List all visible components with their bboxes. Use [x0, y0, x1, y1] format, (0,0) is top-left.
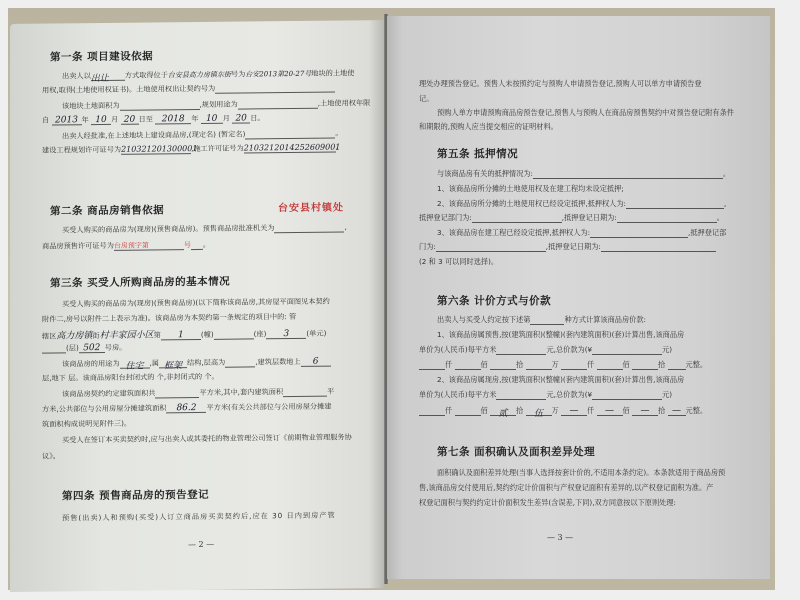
- handwritten-start-month: 10: [91, 115, 111, 125]
- handwritten-unit: 3: [266, 329, 306, 339]
- article1-line1: 出卖人以出让方式取得位于台安县高力房镇东街号为台安2013第20-27号地块的土…: [62, 68, 354, 81]
- article6-line5: 2、该商品房属现房,按(建筑面积)(整幢)(套内建筑面积)(套)计算出售,该商品…: [437, 375, 684, 385]
- article2-line2: 商品房预售许可证号为台房预字第号。: [42, 240, 210, 252]
- continuation-line3: 预购人单方申请预购商品房预告登记,预售人与预购人在商品房预售契约中对预告登记附有…: [437, 108, 734, 118]
- page-number-right: — 3 —: [547, 533, 573, 542]
- article1-line2: 用权,取得(土地使用权证书)。土地使用权出让契约号为: [42, 83, 335, 96]
- article7-line3: 权登记面积与契约约定计价面积发生差异(含误差,下同),双方同意按以下原则处理:: [419, 498, 676, 508]
- article5-line1: 与该商品房有关的抵押情况为:。: [437, 169, 730, 179]
- article3-line10: 买受人在签订本买卖契约时,应与出卖人或其委托的物业管理公司签订《前期物业管理服务…: [62, 432, 352, 445]
- article3-line2: 附件二,房号以附件二上表示为准)。该商品房为本契约第一条规定的项目中的: 管: [42, 312, 296, 325]
- article3-line6: 层,地下 层。该商品房阳台封闭式的 个,非封闭式的 个。: [42, 372, 219, 384]
- article3-title: 第三条 买受人所购商品房的基本情况: [50, 274, 230, 291]
- article2-line1: 买受人购买的商品房为(现房)(预售商品房)。预售商品房批准机关为,: [62, 222, 347, 235]
- continuation-line1: 理处办理预告登记。预售人未按照约定与预购人申请预告登记,预购人可以单方申请预告登: [419, 79, 702, 89]
- article5-line3: 2、该商品房所分摊的土地使用权已经设定抵押,抵押权人为:,: [437, 199, 726, 209]
- article3-line3: 辖区高力房镇街村丰家园小区第1(幢)(座)3(单元): [42, 326, 326, 342]
- article2-title: 第二条 商品房销售依据: [50, 202, 164, 218]
- article3-line4: (层)502号房。: [42, 343, 126, 354]
- article6-line7-price-words: 仟 佰 贰拾 伍万 —仟 —佰 —拾 —元整。: [419, 406, 707, 416]
- handwritten-construction-permit: 2103212014252609001: [244, 143, 336, 154]
- article5-line2: 1、该商品房所分摊的土地使用权及在建工程均未设定抵押;: [437, 184, 624, 194]
- article6-line2: 1、该商品房属预售,按(建筑面积)(整幢)(套内建筑面积)(套)计算出售,该商品…: [437, 330, 684, 340]
- handwritten-plot: 台安2013第20-27号: [245, 70, 311, 79]
- handwritten-method: 出让: [91, 71, 125, 81]
- article1-line6: 建设工程规划许可证号为210321201300001,施工许可证号为210321…: [42, 142, 343, 155]
- article1-title: 第一条 项目建设依据: [50, 48, 153, 64]
- article5-line5: 3、该商品房在建工程已经设定抵押,抵押权人为:,抵押登记部: [437, 228, 726, 238]
- left-page: 第一条 项目建设依据 出卖人以出让方式取得位于台安县高力房镇东街号为台安2013…: [10, 20, 384, 592]
- article7-title: 第七条 面积确认及面积差异处理: [437, 444, 595, 459]
- red-stamp: 台安县村镇处: [278, 198, 344, 214]
- continuation-line2: 记。: [419, 94, 433, 104]
- article5-title: 第五条 抵押情况: [437, 146, 518, 161]
- handwritten-structure: 框架: [159, 358, 187, 368]
- article3-line1: 买受人购买的商品房为(现房)(预售商品房)(以下简称该商品房,其房屋平面图见本契…: [62, 297, 330, 310]
- continuation-line4: 和期限的,预购人应当提交相应的证明材料。: [419, 122, 558, 132]
- article6-line4-price-words: 仟 佰 拾 万 仟 佰 拾 元整。: [419, 360, 707, 370]
- handwritten-location: 台安县高力房镇东街: [168, 71, 231, 80]
- page-number-left: — 2 —: [188, 540, 214, 549]
- article7-line1: 面积确认及面积差异处理(当事人选择按套计价的,不适用本条约定)。本条款适用于商品…: [437, 468, 725, 478]
- article6-line3: 单价为(人民币)每平方米元,总价款为(¥元): [419, 345, 672, 355]
- article1-line3: 该地块土地面积为,规划用途为,土地使用权年限: [62, 98, 370, 111]
- article3-line8: 方米,公共部位与公用房屋分摊建筑面积86.2平方米(有关公共部位与公用房屋分摊建: [42, 402, 331, 415]
- handwritten-shared-area: 86.2: [166, 403, 206, 413]
- handwritten-wan: 伍: [526, 406, 552, 416]
- handwritten-end-month: 10: [201, 114, 223, 124]
- handwritten-end-year: 2018: [155, 114, 191, 124]
- article5-line4: 抵押登记部门为:,抵押登记日期为:。: [419, 213, 724, 223]
- article6-title: 第六条 计价方式与价款: [437, 293, 551, 308]
- article5-line6: 门为:,抵押登记日期为:: [419, 242, 716, 252]
- handwritten-shi: 贰: [490, 406, 516, 416]
- article4-title: 第四条 预售商品房的预告登记: [62, 487, 209, 504]
- handwritten-street: 村丰家园小区: [100, 330, 154, 341]
- article5-line7: (2 和 3 可以同时选择)。: [419, 257, 498, 267]
- article3-line7: 该商品房契约约定建筑面积共平方米,其中,套内建筑面积平: [62, 387, 334, 400]
- article6-line1: 出卖人与买受人约定按下述第种方式计算该商品房价款:: [437, 315, 646, 325]
- article3-line5: 该商品房的用途为住宅,属框架结构,层高为,建筑层数地上6: [62, 357, 331, 370]
- right-page: 理处办理预告登记。预售人未按照约定与预购人申请预告登记,预购人可以单方申请预告登…: [387, 16, 770, 579]
- article3-line11: 议》。: [42, 451, 60, 461]
- handwritten-floors: 6: [301, 357, 331, 367]
- handwritten-planning-permit: 210321201300001: [121, 144, 191, 155]
- handwritten-start-year: 2013: [52, 115, 82, 125]
- article7-line2: 售,该商品房交付使用后,契约约定计价面积与产权登记面积有差异的,以产权登记面积为…: [419, 483, 713, 493]
- handwritten-building: 1: [161, 330, 201, 340]
- presale-permit-stamp: 台房预字第: [114, 242, 149, 250]
- handwritten-use: 住宅: [120, 358, 150, 368]
- handwritten-room: 502: [79, 343, 105, 353]
- handwritten-start-day: 20: [121, 115, 139, 125]
- article1-line4: 自 2013年 10月 20日至 2018年 10月 20日。: [42, 113, 265, 125]
- handwritten-district: 高力房镇: [56, 331, 92, 341]
- article6-line6: 单价为(人民币)每平方米元,总价款为(¥元): [419, 390, 672, 400]
- article4-line1: 预售(出卖)人和预购(买受)人订立商品房买卖契约后,应在 30 日内到房产管: [62, 511, 336, 524]
- handwritten-end-day: 20: [232, 113, 250, 123]
- article3-line9: 筑面积构成说明见附件三)。: [42, 419, 131, 430]
- article1-line5: 出卖人经批准,在上述地块上建设商品房,(现定名) (暂定名)。: [62, 128, 343, 141]
